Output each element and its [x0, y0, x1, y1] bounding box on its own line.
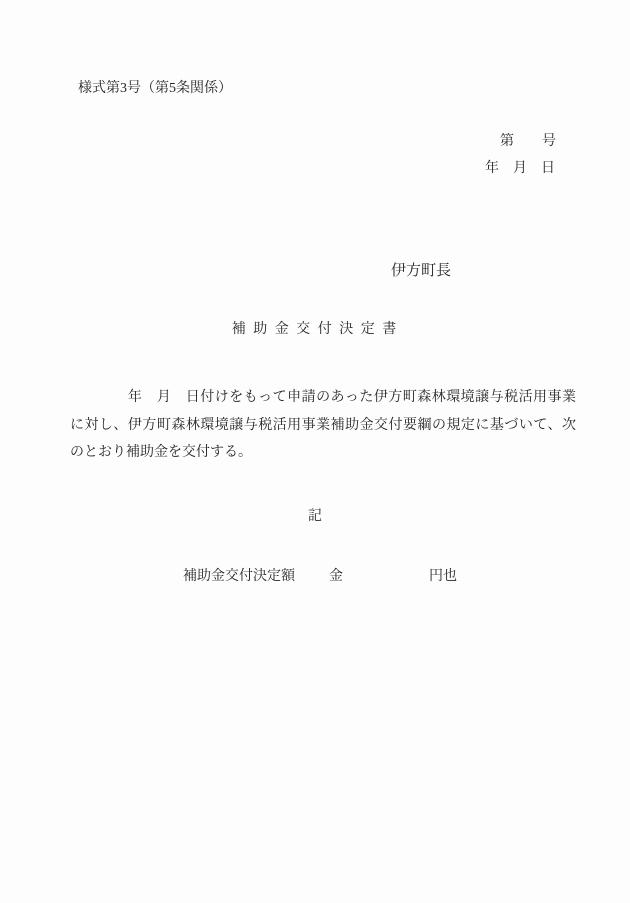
form-number: 様式第3号（第5条関係）: [78, 80, 232, 99]
grant-amount-label: 補助金交付決定額: [183, 569, 295, 584]
sender-name: 伊方町長: [391, 261, 451, 281]
body-line: 年 月 日付けをもって申請のあった伊方町森林環境譲与税活用事業: [70, 384, 576, 412]
grant-currency-prefix: 金: [329, 569, 343, 584]
grant-amount-suffix: 円也: [429, 569, 457, 584]
document-number: 第 号: [500, 133, 556, 152]
document-page: 様式第3号（第5条関係） 第 号 年 月 日 伊方町長 補 助 金 交 付 決 …: [0, 0, 630, 903]
body-paragraph: 年 月 日付けをもって申請のあった伊方町森林環境譲与税活用事業に対し、伊方町森林…: [70, 384, 576, 467]
body-line: に対し、伊方町森林環境譲与税活用事業補助金交付要綱の規定に基づいて、次: [70, 412, 576, 440]
grant-amount-line: 補助金交付決定額金円也: [183, 568, 457, 587]
body-line: のとおり補助金を交付する。: [70, 439, 576, 467]
document-date: 年 月 日: [485, 160, 555, 179]
document-title: 補 助 金 交 付 決 定 書: [0, 321, 630, 340]
note-marker: 記: [0, 508, 630, 527]
